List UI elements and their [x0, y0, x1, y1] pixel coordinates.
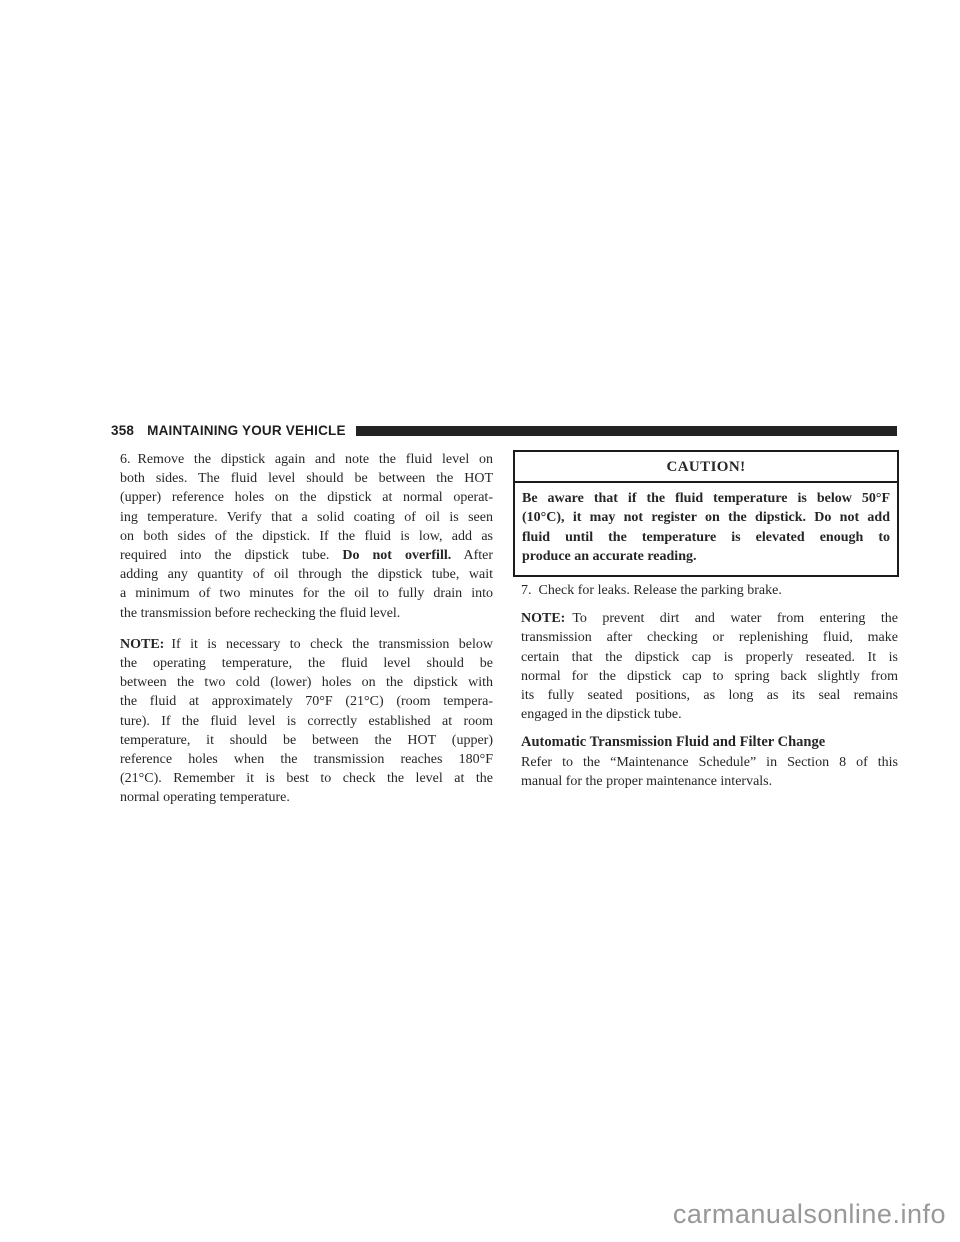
text-line: normal operating temperature.	[120, 788, 493, 807]
page-header: 358 MAINTAINING YOUR VEHICLE	[111, 421, 897, 440]
note-paragraph-left: NOTE: If it is necessary to check the tr…	[120, 635, 493, 808]
step-7-line: 7. Check for leaks. Release the parking …	[521, 581, 898, 600]
text-line: adding any quantity of oil through the d…	[120, 565, 493, 584]
caution-box: CAUTION! Be aware that if the fluid temp…	[513, 450, 899, 577]
text-line: a minimum of two minutes for the oil to …	[120, 584, 493, 603]
text-line: normal for the dipstick cap to spring ba…	[521, 667, 898, 686]
left-column: 6. Remove the dipstick again and note th…	[120, 450, 493, 817]
right-column: 7. Check for leaks. Release the parking …	[521, 581, 898, 800]
note-paragraph-right: NOTE: To prevent dirt and water from ent…	[521, 609, 898, 724]
text-line: required into the dipstick tube. Do not …	[120, 546, 493, 565]
text-line: ing temperature. Verify that a solid coa…	[120, 508, 493, 527]
text-line: the operating temperature, the fluid lev…	[120, 654, 493, 673]
text-line: reference holes when the transmission re…	[120, 750, 493, 769]
text-line: (upper) reference holes on the dipstick …	[120, 488, 493, 507]
page-number: 358	[111, 421, 134, 440]
text-line: NOTE: If it is necessary to check the tr…	[120, 635, 493, 654]
caution-title: CAUTION!	[515, 452, 897, 483]
manual-page: 358 MAINTAINING YOUR VEHICLE 6. Remove t…	[0, 0, 960, 1242]
text-line: (10°C), it may not register on the dipst…	[522, 508, 890, 527]
text-line: produce an accurate reading.	[522, 547, 890, 566]
text-line: between the two cold (lower) holes on th…	[120, 673, 493, 692]
text-line: certain that the dipstick cap is properl…	[521, 648, 898, 667]
text-line: manual for the proper maintenance interv…	[521, 772, 898, 791]
watermark-text: carmanualsonline.info	[673, 1205, 946, 1224]
section-subheading: Automatic Transmission Fluid and Filter …	[521, 733, 898, 752]
text-line: both sides. The fluid level should be be…	[120, 469, 493, 488]
text-line: engaged in the dipstick tube.	[521, 705, 898, 724]
text-line: ture). If the fluid level is correctly e…	[120, 712, 493, 731]
caution-body: Be aware that if the fluid temperature i…	[515, 483, 897, 575]
text-line: temperature, it should be between the HO…	[120, 731, 493, 750]
text-line: Be aware that if the fluid temperature i…	[522, 489, 890, 508]
text-line: on both sides of the dipstick. If the fl…	[120, 527, 493, 546]
step-6-paragraph: 6. Remove the dipstick again and note th…	[120, 450, 493, 623]
header-rule-bar	[356, 426, 897, 436]
text-line: NOTE: To prevent dirt and water from ent…	[521, 609, 898, 628]
text-line: the transmission before rechecking the f…	[120, 604, 493, 623]
text-line: fluid until the temperature is elevated …	[522, 528, 890, 547]
text-line: the fluid at approximately 70°F (21°C) (…	[120, 692, 493, 711]
text-line: (21°C). Remember it is best to check the…	[120, 769, 493, 788]
text-line: Refer to the “Maintenance Schedule” in S…	[521, 753, 898, 772]
text-line: its fully seated positions, as long as i…	[521, 686, 898, 705]
text-line: 6. Remove the dipstick again and note th…	[120, 450, 493, 469]
chapter-title: MAINTAINING YOUR VEHICLE	[147, 421, 346, 440]
refer-paragraph: Refer to the “Maintenance Schedule” in S…	[521, 753, 898, 791]
text-line: transmission after checking or replenish…	[521, 628, 898, 647]
